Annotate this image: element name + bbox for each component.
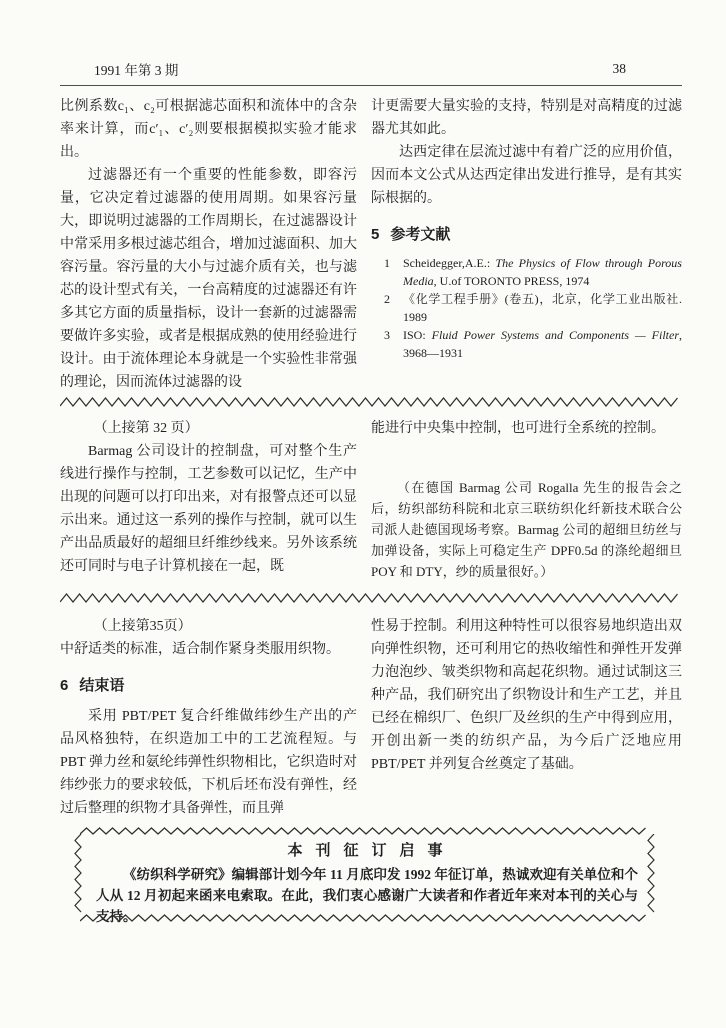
editor-note: （在德国 Barmag 公司 Rogalla 先生的报告会之后，纺织部纺科院和北… bbox=[371, 477, 682, 582]
reference-item: 1 Scheidegger,A.E.: The Physics of Flow … bbox=[371, 254, 682, 290]
paragraph-experiments: 计更需要大量实验的支持，特别是对高精度的过滤器尤其如此。 bbox=[371, 95, 682, 141]
notice-border-top bbox=[80, 827, 650, 836]
barmag-continuation-section: （上接第 32 页） Barmag 公司设计的控制盘，可对整个生产线进行操作与控… bbox=[60, 417, 682, 582]
wavy-divider bbox=[60, 593, 682, 604]
header-rule bbox=[60, 85, 682, 86]
reference-item: 2 《化学工程手册》(卷五)，北京，化学工业出版社. 1989 bbox=[371, 290, 682, 326]
reference-text: Scheidegger,A.E.: The Physics of Flow th… bbox=[403, 254, 682, 290]
left-column: （上接第35页） 中舒适类的标准，适合制作紧身类服用织物。 6结束语 采用 PB… bbox=[60, 615, 357, 820]
section-number: 6 bbox=[60, 677, 68, 694]
page-header: 1991 年第 3 期 38 bbox=[60, 58, 682, 80]
reference-number: 1 bbox=[384, 254, 393, 290]
notice-border-bottom bbox=[80, 914, 650, 923]
paragraph-central-control: 能进行中央集中控制，也可进行全系统的控制。 bbox=[371, 417, 682, 440]
notice-border-right bbox=[647, 834, 656, 916]
section-title: 参考文献 bbox=[390, 226, 450, 243]
paragraph-darcy-law: 达西定律在层流过滤中有着广泛的应用价值，因而本文公式从达西定律出发进行推导，是有… bbox=[371, 141, 682, 210]
paragraph-conclusion-left: 采用 PBT/PET 复合纤维做纬纱生产出的产品风格独特，在织造加工中的工艺流程… bbox=[60, 705, 357, 820]
journal-issue: 1991 年第 3 期 bbox=[94, 59, 178, 79]
references-heading: 5参考文献 bbox=[371, 225, 682, 245]
right-column: 计更需要大量实验的支持，特别是对高精度的过滤器尤其如此。 达西定律在层流过滤中有… bbox=[371, 95, 682, 394]
conclusion-heading: 6结束语 bbox=[60, 676, 357, 696]
left-column: （上接第 32 页） Barmag 公司设计的控制盘，可对整个生产线进行操作与控… bbox=[60, 417, 357, 582]
notice-border-left bbox=[74, 834, 83, 916]
subscription-notice-box: 本刊征订启事 《纺织科学研究》编辑部计划今年 11 月底印发 1992 年征订单… bbox=[74, 827, 656, 923]
filter-article-section: 比例系数c₁、c₂可根据滤芯面积和流体中的含杂率来计算，而c′₁、c′₂则要根据… bbox=[60, 95, 682, 394]
paragraph-comfort-standard: 中舒适类的标准，适合制作紧身类服用织物。 bbox=[60, 638, 357, 661]
paragraph-dirt-capacity: 过滤器还有一个重要的性能参数，即容污量，它决定着过滤器的使用周期。如果容污量大，… bbox=[60, 164, 357, 394]
reference-number: 2 bbox=[384, 290, 393, 326]
reference-number: 3 bbox=[384, 326, 393, 362]
page-number: 38 bbox=[613, 61, 627, 77]
reference-item: 3 ISO: Fluid Power Systems and Component… bbox=[371, 326, 682, 362]
continued-from-page-32-label: （上接第 32 页） bbox=[60, 417, 357, 440]
section-number: 5 bbox=[371, 226, 379, 243]
left-column: 比例系数c₁、c₂可根据滤芯面积和流体中的含杂率来计算，而c′₁、c′₂则要根据… bbox=[60, 95, 357, 394]
section-title: 结束语 bbox=[79, 677, 124, 694]
references-list: 1 Scheidegger,A.E.: The Physics of Flow … bbox=[371, 254, 682, 362]
paragraph-conclusion-right: 性易于控制。利用这种特性可以很容易地织造出双向弹性织物，还可利用它的热收缩性和弹… bbox=[371, 615, 682, 776]
reference-text: ISO: Fluid Power Systems and Components … bbox=[403, 326, 682, 362]
paragraph-coefficients: 比例系数c₁、c₂可根据滤芯面积和流体中的含杂率来计算，而c′₁、c′₂则要根据… bbox=[60, 95, 357, 164]
journal-page: 1991 年第 3 期 38 比例系数c₁、c₂可根据滤芯面积和流体中的含杂率来… bbox=[0, 0, 726, 1028]
paragraph-control-panel: Barmag 公司设计的控制盘，可对整个生产线进行操作与控制，工艺参数可以记忆，… bbox=[60, 440, 357, 578]
right-column: 性易于控制。利用这种特性可以很容易地织造出双向弹性织物，还可利用它的热收缩性和弹… bbox=[371, 615, 682, 820]
reference-text: 《化学工程手册》(卷五)，北京，化学工业出版社. 1989 bbox=[403, 290, 682, 326]
right-column: 能进行中央集中控制，也可进行全系统的控制。 （在德国 Barmag 公司 Rog… bbox=[371, 417, 682, 582]
pbt-pet-conclusion-section: （上接第35页） 中舒适类的标准，适合制作紧身类服用织物。 6结束语 采用 PB… bbox=[60, 615, 682, 820]
wavy-divider bbox=[60, 397, 682, 408]
continued-from-page-35-label: （上接第35页） bbox=[60, 615, 357, 638]
